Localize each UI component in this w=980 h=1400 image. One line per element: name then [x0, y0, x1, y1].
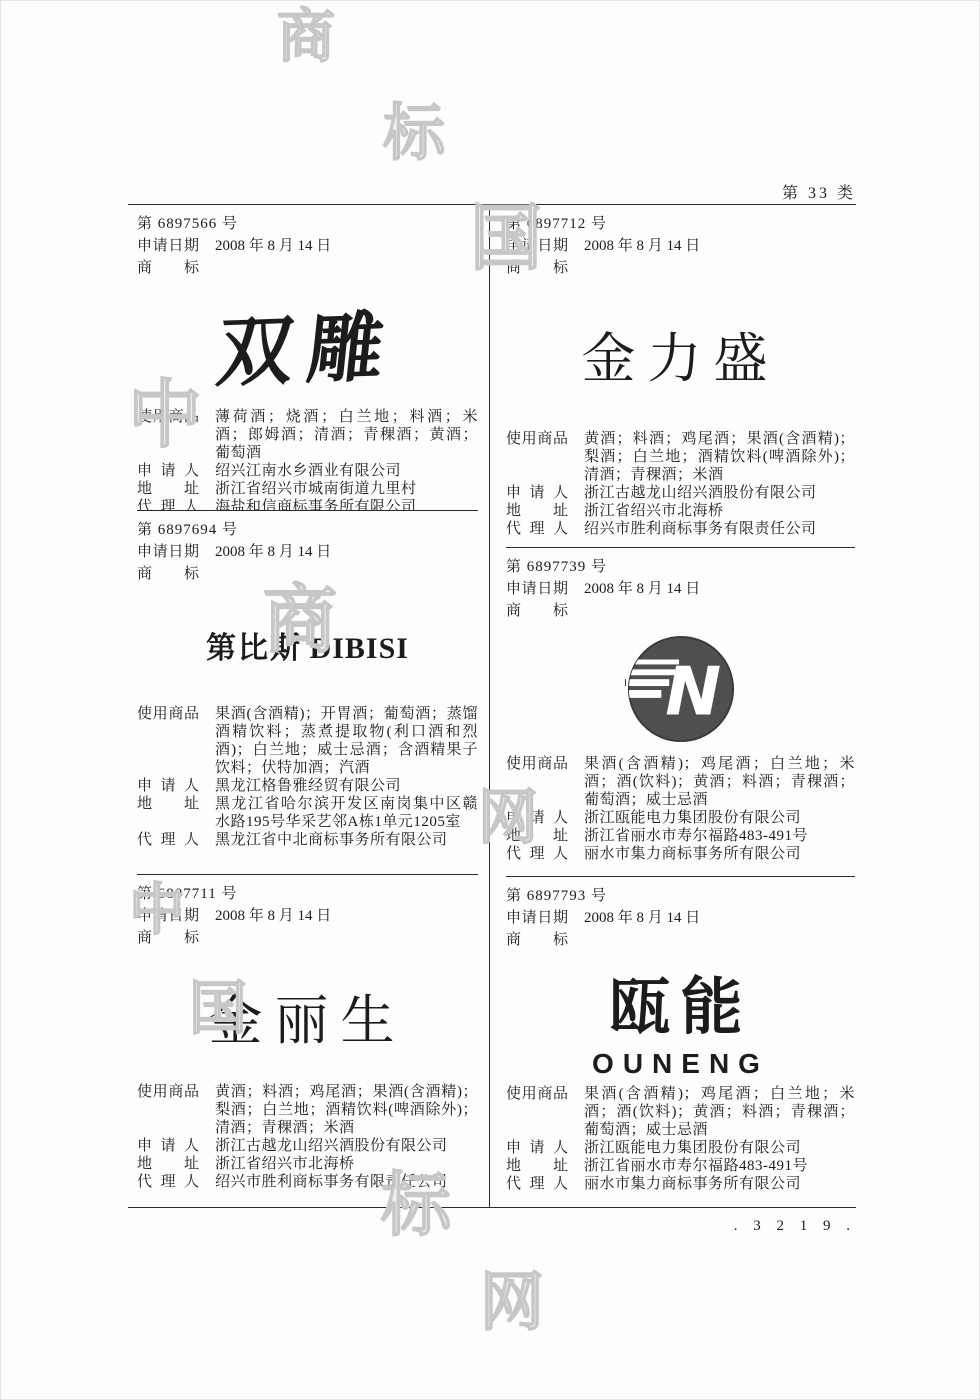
- applicant-value: 浙江古越龙山绍兴酒股份有限公司: [584, 484, 855, 502]
- goods-label: 使用商品: [506, 430, 568, 484]
- trademark-label: 商标: [137, 257, 199, 279]
- address-label: 地址: [506, 502, 568, 520]
- application-date-label: 申请日期: [506, 578, 568, 600]
- trademark-image: 瓯能 OUNENG: [506, 951, 855, 1085]
- word-mark: 金丽生: [209, 978, 407, 1055]
- calligraphy-mark: 双雕: [212, 286, 403, 402]
- watermark-char: 商: [277, 8, 335, 66]
- address-label: 地址: [506, 827, 568, 845]
- watermark-char: 标: [383, 103, 445, 165]
- address-label: 地址: [137, 480, 199, 498]
- entry-number: 第 6897793 号: [506, 885, 855, 907]
- application-date-label: 申请日期: [506, 907, 568, 929]
- application-date: 2008 年 8 月 14 日: [584, 578, 700, 600]
- word-mark: 第比斯 DIBISI: [206, 623, 409, 667]
- agent-label: 代理人: [137, 1173, 199, 1191]
- page-number: . 3 2 1 9 .: [580, 1218, 856, 1235]
- logo-letter: N: [665, 652, 721, 730]
- entry-number: 第 6897694 号: [137, 519, 478, 541]
- trademark-label: 商标: [137, 563, 199, 585]
- goods-value: 果酒(含酒精)；鸡尾酒；白兰地；米酒；酒(饮料)；黄酒；料酒；青稞酒；葡萄酒；威…: [584, 1085, 855, 1139]
- agent-value: 丽水市集力商标事务所有限公司: [584, 845, 855, 863]
- entry-number: 第 6897711 号: [137, 883, 478, 905]
- trademark-label: 商标: [506, 600, 568, 622]
- trademark-entry: 第 6897711 号 申请日期 2008 年 8 月 14 日 商标 金丽生 …: [137, 875, 478, 1207]
- circle-n-logo-icon: N: [625, 633, 737, 745]
- application-date-label: 申请日期: [137, 235, 199, 257]
- agent-value: 绍兴市胜利商标事务有限责任公司: [584, 520, 855, 538]
- agent-label: 代理人: [506, 845, 568, 863]
- applicant-label: 申请人: [137, 1137, 199, 1155]
- trademark-entry: 第 6897694 号 申请日期 2008 年 8 月 14 日 商标 第比斯 …: [137, 511, 478, 875]
- agent-label: 代理人: [506, 520, 568, 538]
- address-value: 黑龙江省哈尔滨开发区南岗集中区赣水路195号华采艺邻A栋1单元1205室: [215, 795, 478, 831]
- applicant-value: 黑龙江格鲁雅经贸有限公司: [215, 777, 478, 795]
- applicant-value: 浙江瓯能电力集团股份有限公司: [584, 1139, 855, 1157]
- address-value: 浙江省丽水市寿尔福路483-491号: [584, 1157, 855, 1175]
- goods-label: 使用商品: [137, 408, 199, 462]
- application-date-label: 申请日期: [137, 905, 199, 927]
- watermark-char: 网: [480, 1270, 544, 1334]
- trademark-image: N: [506, 622, 855, 755]
- trademark-label: 商标: [137, 927, 199, 949]
- agent-value: 海盐和信商标事务所有限公司: [215, 498, 478, 511]
- applicant-label: 申请人: [506, 484, 568, 502]
- application-date-label: 申请日期: [506, 235, 568, 257]
- applicant-value: 浙江古越龙山绍兴酒股份有限公司: [215, 1137, 478, 1155]
- gazette-page: 第 33 类 商 标 中 国 商 网 中 国 标 网 第 6897566 号 申…: [0, 0, 980, 1400]
- trademark-image: 第比斯 DIBISI: [137, 585, 478, 705]
- column-divider: [489, 204, 490, 1207]
- address-value: 浙江省绍兴市北海桥: [584, 502, 855, 520]
- address-value: 浙江省绍兴市北海桥: [215, 1155, 478, 1173]
- trademark-entry: 第 6897793 号 申请日期 2008 年 8 月 14 日 商标 瓯能 O…: [506, 877, 855, 1207]
- class-header: 第 33 类: [640, 180, 856, 203]
- agent-value: 绍兴市胜利商标事务有限责任公司: [215, 1173, 478, 1191]
- word-mark-latin: DIBISI: [310, 632, 409, 665]
- goods-label: 使用商品: [137, 705, 199, 777]
- goods-label: 使用商品: [506, 1085, 568, 1139]
- entry-number: 第 6897712 号: [506, 213, 855, 235]
- trademark-entry: 第 6897712 号 申请日期 2008 年 8 月 14 日 商标 金力盛 …: [506, 205, 855, 548]
- agent-value: 黑龙江省中北商标事务所有限公司: [215, 831, 478, 849]
- applicant-label: 申请人: [137, 462, 199, 480]
- trademark-image: 双雕: [137, 279, 478, 408]
- agent-label: 代理人: [506, 1175, 568, 1193]
- word-mark-latin: OUNENG: [592, 1048, 769, 1080]
- applicant-label: 申请人: [506, 1139, 568, 1157]
- address-label: 地址: [137, 1155, 199, 1173]
- application-date: 2008 年 8 月 14 日: [215, 541, 331, 563]
- word-mark: 金力盛: [582, 316, 780, 393]
- goods-value: 黄酒；料酒；鸡尾酒；果酒(含酒精)；梨酒；白兰地；酒精饮料(啤酒除外)；清酒；青…: [215, 1083, 478, 1137]
- application-date: 2008 年 8 月 14 日: [215, 235, 331, 257]
- agent-value: 丽水市集力商标事务所有限公司: [584, 1175, 855, 1193]
- applicant-label: 申请人: [137, 777, 199, 795]
- trademark-image: 金力盛: [506, 279, 855, 430]
- footer-rule: [128, 1207, 856, 1208]
- applicant-value: 浙江瓯能电力集团股份有限公司: [584, 809, 855, 827]
- applicant-value: 绍兴江南水乡酒业有限公司: [215, 462, 478, 480]
- left-column: 第 6897566 号 申请日期 2008 年 8 月 14 日 商标 双雕 使…: [137, 205, 478, 1207]
- address-value: 浙江省绍兴市城南街道九里村: [215, 480, 478, 498]
- trademark-label: 商标: [506, 929, 568, 951]
- trademark-entry: 第 6897566 号 申请日期 2008 年 8 月 14 日 商标 双雕 使…: [137, 205, 478, 511]
- trademark-entry: 第 6897739 号 申请日期 2008 年 8 月 14 日 商标: [506, 548, 855, 877]
- goods-value: 薄荷酒；烧酒；白兰地；料酒；米酒；郎姆酒；清酒；青稞酒；黄酒；葡萄酒: [215, 408, 478, 462]
- applicant-label: 申请人: [506, 809, 568, 827]
- goods-value: 果酒(含酒精)；鸡尾酒；白兰地；米酒；酒(饮料)；黄酒；料酒；青稞酒；葡萄酒；威…: [584, 755, 855, 809]
- entry-number: 第 6897566 号: [137, 213, 478, 235]
- goods-label: 使用商品: [506, 755, 568, 809]
- entry-number: 第 6897739 号: [506, 556, 855, 578]
- agent-label: 代理人: [137, 831, 199, 849]
- agent-label: 代理人: [137, 498, 199, 511]
- application-date: 2008 年 8 月 14 日: [584, 235, 700, 257]
- application-date: 2008 年 8 月 14 日: [584, 907, 700, 929]
- goods-value: 黄酒；料酒；鸡尾酒；果酒(含酒精)；梨酒；白兰地；酒精饮料(啤酒除外)；清酒；青…: [584, 430, 855, 484]
- address-label: 地址: [506, 1157, 568, 1175]
- word-mark-chinese: 瓯能: [608, 957, 752, 1046]
- address-label: 地址: [137, 795, 199, 831]
- right-column: 第 6897712 号 申请日期 2008 年 8 月 14 日 商标 金力盛 …: [506, 205, 855, 1207]
- trademark-image: 金丽生: [137, 949, 478, 1083]
- address-value: 浙江省丽水市寿尔福路483-491号: [584, 827, 855, 845]
- application-date: 2008 年 8 月 14 日: [215, 905, 331, 927]
- trademark-label: 商标: [506, 257, 568, 279]
- application-date-label: 申请日期: [137, 541, 199, 563]
- goods-label: 使用商品: [137, 1083, 199, 1137]
- word-mark-chinese: 第比斯: [206, 632, 302, 665]
- goods-value: 果酒(含酒精)；开胃酒；葡萄酒；蒸馏酒精饮料；蒸煮提取物(利口酒和烈酒)；白兰地…: [215, 705, 478, 777]
